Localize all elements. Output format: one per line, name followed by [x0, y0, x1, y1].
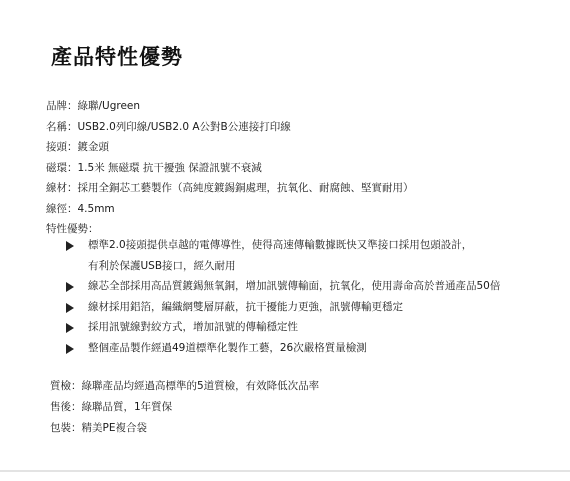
spec-value: 綠聯/Ugreen [78, 100, 141, 112]
product-description-page: 產品特性優勢 品牌：綠聯/Ugreen 名稱：USB2.0列印線/USB2.0 … [0, 0, 570, 481]
spec-value: 綠聯產品均經過高標準的5道質檢，有效降低次品率 [82, 380, 320, 392]
feature-item: 線材採用鋁箔，編織網雙層屏蔽，抗干擾能力更強，訊號傳輸更穩定 [64, 297, 500, 318]
feature-text: 整個產品製作經過49道標準化製作工藝，26次嚴格質量檢測 [88, 338, 500, 359]
spec-value: 精美PE複合袋 [82, 422, 147, 434]
spec-label: 線徑 [46, 203, 67, 215]
spec-list: 品牌：綠聯/Ugreen 名稱：USB2.0列印線/USB2.0 A公對B公連接… [46, 96, 414, 240]
spec-label: 接頭 [46, 141, 67, 153]
spec-value: 1.5米 無磁環 抗干擾強 保證訊號不衰減 [78, 162, 262, 174]
spec-separator: ： [88, 223, 99, 235]
triangle-right-icon [66, 323, 74, 333]
feature-item: 標準2.0接頭提供卓越的電傳導性，使得高速傳輸數據既快又準接口採用包頭設計， 有… [64, 235, 500, 276]
feature-text: 線芯全部採用高品質鍍錫無氧銅，增加訊號傳輸面，抗氧化，使用壽命高於普通產品50倍 [88, 276, 500, 297]
spec-row-diameter: 線徑：4.5mm [46, 199, 414, 220]
feature-item: 整個產品製作經過49道標準化製作工藝，26次嚴格質量檢測 [64, 338, 500, 359]
spec-separator: ： [71, 401, 82, 413]
section-divider [0, 470, 570, 472]
feature-text: 採用訊號線對絞方式，增加訊號的傳輸穩定性 [88, 317, 500, 338]
spec-row-after-sales: 售後：綠聯品質，1年質保 [50, 397, 319, 418]
spec-separator: ： [67, 182, 78, 194]
triangle-right-icon [66, 241, 74, 251]
spec-label: 特性優勢 [46, 223, 88, 235]
spec-label: 質檢 [50, 380, 71, 392]
triangle-right-icon [66, 282, 74, 292]
triangle-right-icon [66, 303, 74, 313]
feature-item: 採用訊號線對絞方式，增加訊號的傳輸穩定性 [64, 317, 500, 338]
spec-row-packaging: 包裝：精美PE複合袋 [50, 418, 319, 439]
spec-value: 4.5mm [78, 203, 115, 215]
spec-row-material: 線材：採用全銅芯工藝製作（高純度鍍錫銅處理，抗氧化、耐腐蝕、堅實耐用） [46, 178, 414, 199]
feature-item: 線芯全部採用高品質鍍錫無氧銅，增加訊號傳輸面，抗氧化，使用壽命高於普通產品50倍 [64, 276, 500, 297]
spec-separator: ： [67, 141, 78, 153]
feature-text-continued: 有利於保護USB接口，經久耐用 [88, 256, 500, 277]
spec-value: 綠聯品質，1年質保 [82, 401, 173, 413]
spec-label: 名稱 [46, 121, 67, 133]
spec-separator: ： [67, 203, 78, 215]
spec-value: USB2.0列印線/USB2.0 A公對B公連接打印線 [78, 121, 291, 133]
feature-list: 標準2.0接頭提供卓越的電傳導性，使得高速傳輸數據既快又準接口採用包頭設計， 有… [64, 235, 500, 358]
spec-label: 售後 [50, 401, 71, 413]
triangle-right-icon [66, 344, 74, 354]
spec-value: 鍍金頭 [78, 141, 110, 153]
after-sales-list: 質檢：綠聯產品均經過高標準的5道質檢，有效降低次品率 售後：綠聯品質，1年質保 … [50, 376, 319, 439]
spec-row-name: 名稱：USB2.0列印線/USB2.0 A公對B公連接打印線 [46, 117, 414, 138]
spec-row-ferrite: 磁環：1.5米 無磁環 抗干擾強 保證訊號不衰減 [46, 158, 414, 179]
spec-value: 採用全銅芯工藝製作（高純度鍍錫銅處理，抗氧化、耐腐蝕、堅實耐用） [78, 182, 414, 194]
spec-separator: ： [71, 380, 82, 392]
spec-separator: ： [71, 422, 82, 434]
spec-row-connector: 接頭：鍍金頭 [46, 137, 414, 158]
spec-label: 品牌 [46, 100, 67, 112]
spec-separator: ： [67, 162, 78, 174]
spec-label: 線材 [46, 182, 67, 194]
spec-row-quality-check: 質檢：綠聯產品均經過高標準的5道質檢，有效降低次品率 [50, 376, 319, 397]
feature-text: 標準2.0接頭提供卓越的電傳導性，使得高速傳輸數據既快又準接口採用包頭設計， [88, 235, 500, 256]
page-title: 產品特性優勢 [51, 41, 183, 71]
spec-separator: ： [67, 121, 78, 133]
spec-label: 包裝 [50, 422, 71, 434]
feature-text: 線材採用鋁箔，編織網雙層屏蔽，抗干擾能力更強，訊號傳輸更穩定 [88, 297, 500, 318]
spec-label: 磁環 [46, 162, 67, 174]
spec-separator: ： [67, 100, 78, 112]
spec-row-brand: 品牌：綠聯/Ugreen [46, 96, 414, 117]
